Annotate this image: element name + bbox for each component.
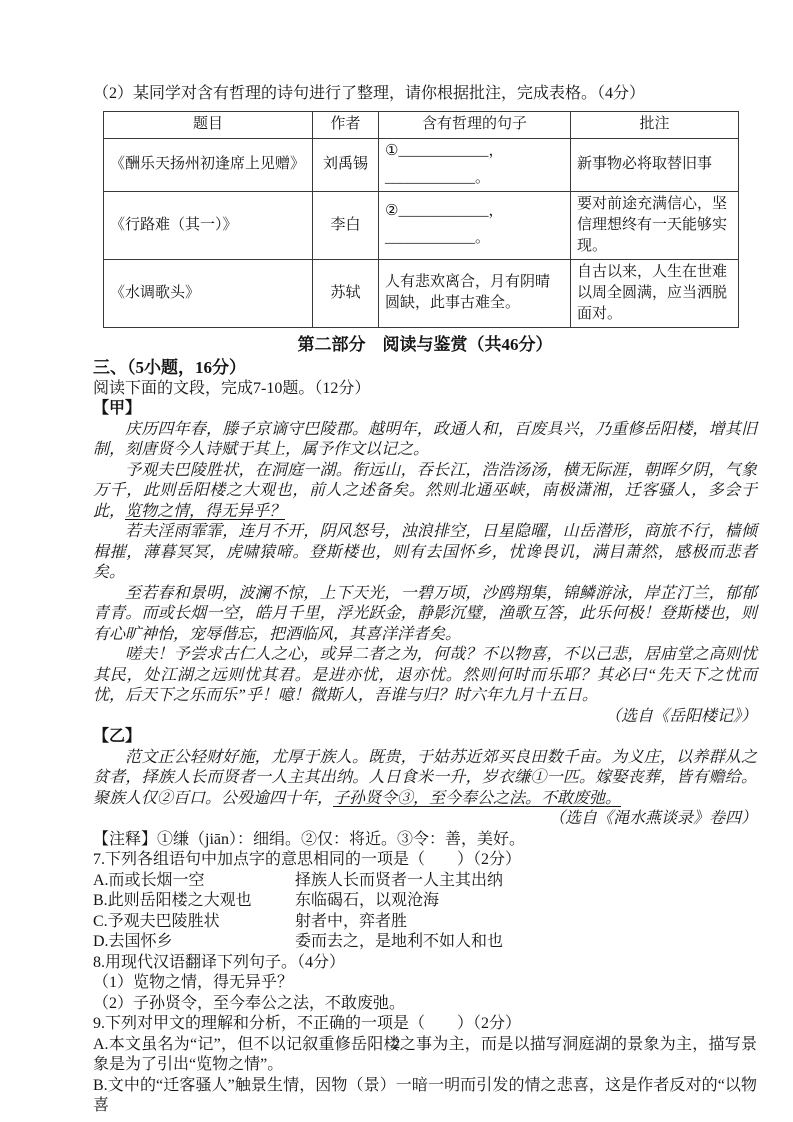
jia-underlined-sentence: 览物之情，得无异乎？: [125, 503, 285, 520]
part2-heading: 第二部分 阅读与鉴赏（共46分）: [93, 333, 757, 356]
option-a-left: A.而或长烟一空: [93, 871, 295, 892]
question7-stem: 7.下列各组语句中加点字的意思相同的一项是（ ）（2分）: [93, 850, 757, 871]
option-c-left: C.予观夫巴陵胜状: [93, 912, 295, 933]
poem-title: 《水调歌头》: [104, 259, 313, 327]
notes-line: 【注释】①缣（jiān）：细绢。②仅：将近。③令：善，美好。: [93, 830, 757, 851]
quote-blank-line1: ①____________，: [385, 141, 564, 162]
poem-title: 《行路难（其一）》: [104, 191, 313, 259]
page-number: 2: [0, 1036, 793, 1053]
poem-quote: ②____________， ____________。: [379, 191, 571, 259]
quote-blank-line2: ____________。: [385, 228, 564, 249]
quote-text: 人有悲欢离合，月有阴晴圆缺，此事古难全。: [385, 272, 564, 314]
table-row: 《水调歌头》 苏轼 人有悲欢离合，月有阴晴圆缺，此事古难全。 自古以来，人生在世…: [104, 259, 739, 327]
option-d-left: D.去国怀乡: [93, 932, 295, 953]
task-line: （2）某同学对含有哲理的诗句进行了整理，请你根据批注，完成表格。（4分）: [93, 84, 757, 105]
exam-content: （2）某同学对含有哲理的诗句进行了整理，请你根据批注，完成表格。（4分） 题目 …: [93, 84, 757, 1117]
quote-blank-line2: ____________。: [385, 168, 564, 189]
question7-option-a: A.而或长烟一空 择族人长而贤者一人主其出纳: [93, 871, 757, 892]
poem-note: 自古以来，人生在世难以周全圆满，应当洒脱面对。: [571, 259, 739, 327]
question8-item-1: （1）览物之情，得无异乎？: [93, 973, 757, 994]
question9-stem: 9.下列对甲文的理解和分析，不正确的一项是（ ）（2分）: [93, 1014, 757, 1035]
table-row: 《行路难（其一）》 李白 ②____________， ____________…: [104, 191, 739, 259]
quote-blank-line1: ②____________，: [385, 201, 564, 222]
col-header-title: 题目: [104, 111, 313, 138]
jia-paragraph-3: 若夫淫雨霏霏，连月不开，阴风怒号，浊浪排空，日星隐曜，山岳潜形，商旅不行，樯倾楫…: [93, 522, 757, 584]
question7-option-d: D.去国怀乡 委而去之，是地利不如人和也: [93, 932, 757, 953]
col-header-note: 批注: [571, 111, 739, 138]
option-d-right: 委而去之，是地利不如人和也: [295, 932, 757, 953]
poem-table: 题目 作者 含有哲理的句子 批注 《酬乐天扬州初逢席上见赠》 刘禹锡 ①____…: [103, 111, 739, 328]
question8-stem: 8.用现代汉语翻译下列句子。（4分）: [93, 953, 757, 974]
jia-paragraph-2: 予观夫巴陵胜状，在洞庭一湖。衔远山，吞长江，浩浩汤汤，横无际涯，朝晖夕阴，气象万…: [93, 461, 757, 523]
col-header-author: 作者: [313, 111, 379, 138]
col-header-quote: 含有哲理的句子: [379, 111, 571, 138]
exam-page: { "task_line": "（2）某同学对含有哲理的诗句进行了整理，请你根据…: [0, 0, 793, 1122]
yi-underlined-sentence: 子孙贤令③，至今奉公之法。不敢废弛。: [333, 790, 621, 807]
table-header-row: 题目 作者 含有哲理的句子 批注: [104, 111, 739, 138]
poem-quote: ①____________， ____________。: [379, 138, 571, 191]
section3-heading: 三、（5小题，16分）: [93, 356, 757, 379]
yi-source: （选自《渑水燕谈录》卷四）: [93, 809, 757, 830]
option-b-left: B.此则岳阳楼之大观也: [93, 891, 295, 912]
passage-yi-label: 【乙】: [93, 727, 757, 748]
question7-option-b: B.此则岳阳楼之大观也 东临碣石，以观沧海: [93, 891, 757, 912]
yi-paragraph: 范文正公轻财好施，尤厚于族人。既贵，于姑苏近郊买良田数千亩。为义庄，以养群从之贫…: [93, 748, 757, 810]
reading-intro: 阅读下面的文段，完成7-10题。（12分）: [93, 379, 757, 400]
option-a-right: 择族人长而贤者一人主其出纳: [295, 871, 757, 892]
question8-item-2: （2）子孙贤令，至今奉公之法，不敢废弛。: [93, 994, 757, 1015]
passage-jia-label: 【甲】: [93, 399, 757, 420]
jia-source: （选自《岳阳楼记》）: [93, 707, 757, 728]
jia-paragraph-5: 嗟夫！予尝求古仁人之心，或异二者之为，何哉？不以物喜，不以己悲，居庙堂之高则忧其…: [93, 645, 757, 707]
poem-author: 苏轼: [313, 259, 379, 327]
table-row: 《酬乐天扬州初逢席上见赠》 刘禹锡 ①____________， _______…: [104, 138, 739, 191]
option-b-right: 东临碣石，以观沧海: [295, 891, 757, 912]
poem-note: 要对前途充满信心，坚信理想终有一天能够实现。: [571, 191, 739, 259]
jia-paragraph-1: 庆历四年春，滕子京谪守巴陵郡。越明年，政通人和，百废具兴，乃重修岳阳楼，增其旧制…: [93, 420, 757, 461]
poem-quote: 人有悲欢离合，月有阴晴圆缺，此事古难全。: [379, 259, 571, 327]
poem-note: 新事物必将取替旧事: [571, 138, 739, 191]
jia-paragraph-4: 至若春和景明，波澜不惊，上下天光，一碧万顷，沙鸥翔集，锦鳞游泳，岸芷汀兰，郁郁青…: [93, 584, 757, 646]
question7-option-c: C.予观夫巴陵胜状 射者中，弈者胜: [93, 912, 757, 933]
poem-author: 刘禹锡: [313, 138, 379, 191]
question9-option-b: B.文中的“迁客骚人”触景生情，因物（景）一暗一明而引发的情之悲喜，这是作者反对…: [93, 1076, 757, 1117]
poem-title: 《酬乐天扬州初逢席上见赠》: [104, 138, 313, 191]
option-c-right: 射者中，弈者胜: [295, 912, 757, 933]
poem-author: 李白: [313, 191, 379, 259]
